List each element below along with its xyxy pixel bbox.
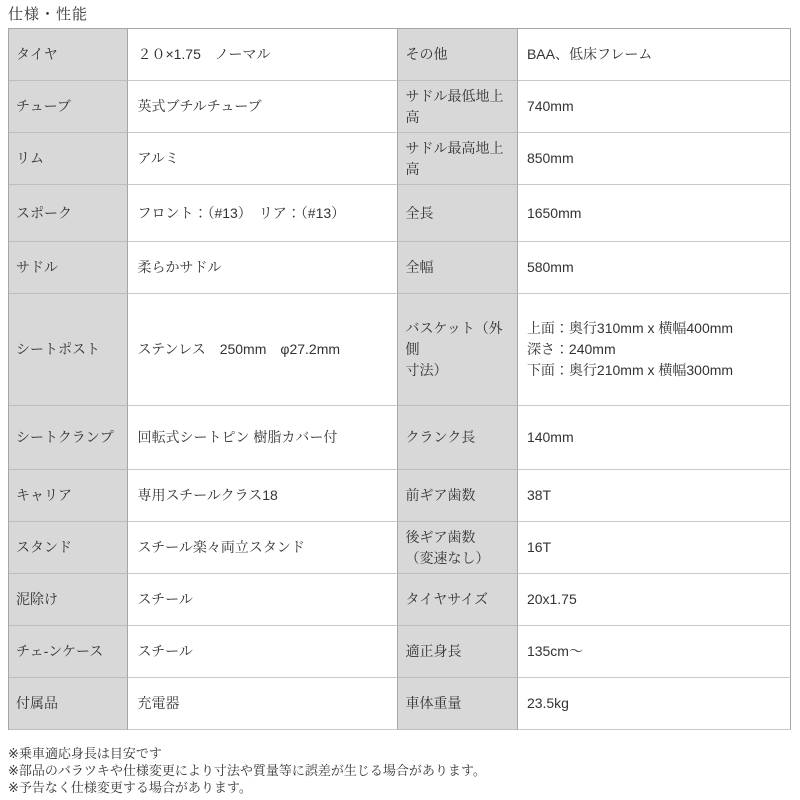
spec-label: タイヤサイズ <box>398 574 517 626</box>
table-row: タイヤ ２０×1.75 ノーマル その他 BAA、低床フレーム <box>9 29 791 81</box>
spec-label: サドル最低地上高 <box>398 81 517 133</box>
table-row: シートクランプ 回転式シートピン 樹脂カバー付 クランク長 140mm <box>9 406 791 470</box>
spec-value: 20x1.75 <box>518 574 791 626</box>
spec-value: 140mm <box>518 406 791 470</box>
spec-value: 1650mm <box>518 185 791 242</box>
page-title: 仕様・性能 <box>8 6 792 24</box>
spec-value: アルミ <box>128 133 398 185</box>
footnote-line: ※予告なく仕様変更する場合があります。 <box>8 779 792 796</box>
spec-label: 付属品 <box>9 678 128 730</box>
spec-value: 740mm <box>518 81 791 133</box>
spec-label: 車体重量 <box>398 678 517 730</box>
spec-value: 回転式シートピン 樹脂カバー付 <box>128 406 398 470</box>
table-row: スポーク フロント：（#13） リア：（#13） 全長 1650mm <box>9 185 791 242</box>
spec-label: 適正身長 <box>398 626 517 678</box>
spec-label: スポーク <box>9 185 128 242</box>
table-row: シートポスト ステンレス 250mm φ27.2mm バスケット（外側 寸法） … <box>9 294 791 406</box>
spec-label: タイヤ <box>9 29 128 81</box>
spec-value: フロント：（#13） リア：（#13） <box>128 185 398 242</box>
spec-label: 全幅 <box>398 242 517 294</box>
spec-label: スタンド <box>9 522 128 574</box>
spec-label: その他 <box>398 29 517 81</box>
spec-value: スチール <box>128 574 398 626</box>
spec-value: 850mm <box>518 133 791 185</box>
table-row: チューブ 英式ブチルチューブ サドル最低地上高 740mm <box>9 81 791 133</box>
spec-value: 専用スチールクラス18 <box>128 470 398 522</box>
spec-label: 後ギア歯数 （変速なし） <box>398 522 517 574</box>
footnotes: ※乗車適応身長は目安です ※部品のバラツキや仕様変更により寸法や質量等に誤差が生… <box>8 745 792 796</box>
table-row: 付属品 充電器 車体重量 23.5kg <box>9 678 791 730</box>
spec-label: 泥除け <box>9 574 128 626</box>
spec-value: 英式ブチルチューブ <box>128 81 398 133</box>
spec-value: 16T <box>518 522 791 574</box>
spec-label: リム <box>9 133 128 185</box>
spec-value: ２０×1.75 ノーマル <box>128 29 398 81</box>
spec-value: スチール楽々両立スタンド <box>128 522 398 574</box>
table-row: サドル 柔らかサドル 全幅 580mm <box>9 242 791 294</box>
spec-label: シートクランプ <box>9 406 128 470</box>
footnote-line: ※部品のバラツキや仕様変更により寸法や質量等に誤差が生じる場合があります。 <box>8 762 792 779</box>
spec-table: タイヤ ２０×1.75 ノーマル その他 BAA、低床フレーム チューブ 英式ブ… <box>8 28 791 730</box>
spec-value: ステンレス 250mm φ27.2mm <box>128 294 398 406</box>
table-row: キャリア 専用スチールクラス18 前ギア歯数 38T <box>9 470 791 522</box>
spec-value: BAA、低床フレーム <box>518 29 791 81</box>
spec-value: 23.5kg <box>518 678 791 730</box>
spec-label: シートポスト <box>9 294 128 406</box>
spec-label: 前ギア歯数 <box>398 470 517 522</box>
table-row: 泥除け スチール タイヤサイズ 20x1.75 <box>9 574 791 626</box>
spec-label: バスケット（外側 寸法） <box>398 294 517 406</box>
spec-label: チェ-ンケース <box>9 626 128 678</box>
spec-label: サドル <box>9 242 128 294</box>
spec-value: 上面：奥行310mm x 横幅400mm 深さ：240mm 下面：奥行210mm… <box>518 294 791 406</box>
spec-value: 38T <box>518 470 791 522</box>
spec-value: 柔らかサドル <box>128 242 398 294</box>
spec-value: スチール <box>128 626 398 678</box>
spec-value: 135cm〜 <box>518 626 791 678</box>
spec-label: 全長 <box>398 185 517 242</box>
table-row: チェ-ンケース スチール 適正身長 135cm〜 <box>9 626 791 678</box>
table-row: スタンド スチール楽々両立スタンド 後ギア歯数 （変速なし） 16T <box>9 522 791 574</box>
spec-label: キャリア <box>9 470 128 522</box>
spec-label: チューブ <box>9 81 128 133</box>
footnote-line: ※乗車適応身長は目安です <box>8 745 792 762</box>
spec-label: サドル最高地上高 <box>398 133 517 185</box>
spec-value: 580mm <box>518 242 791 294</box>
table-row: リム アルミ サドル最高地上高 850mm <box>9 133 791 185</box>
spec-page: 仕様・性能 タイヤ ２０×1.75 ノーマル その他 BAA、低床フレーム チュ… <box>0 0 800 800</box>
spec-value: 充電器 <box>128 678 398 730</box>
spec-label: クランク長 <box>398 406 517 470</box>
